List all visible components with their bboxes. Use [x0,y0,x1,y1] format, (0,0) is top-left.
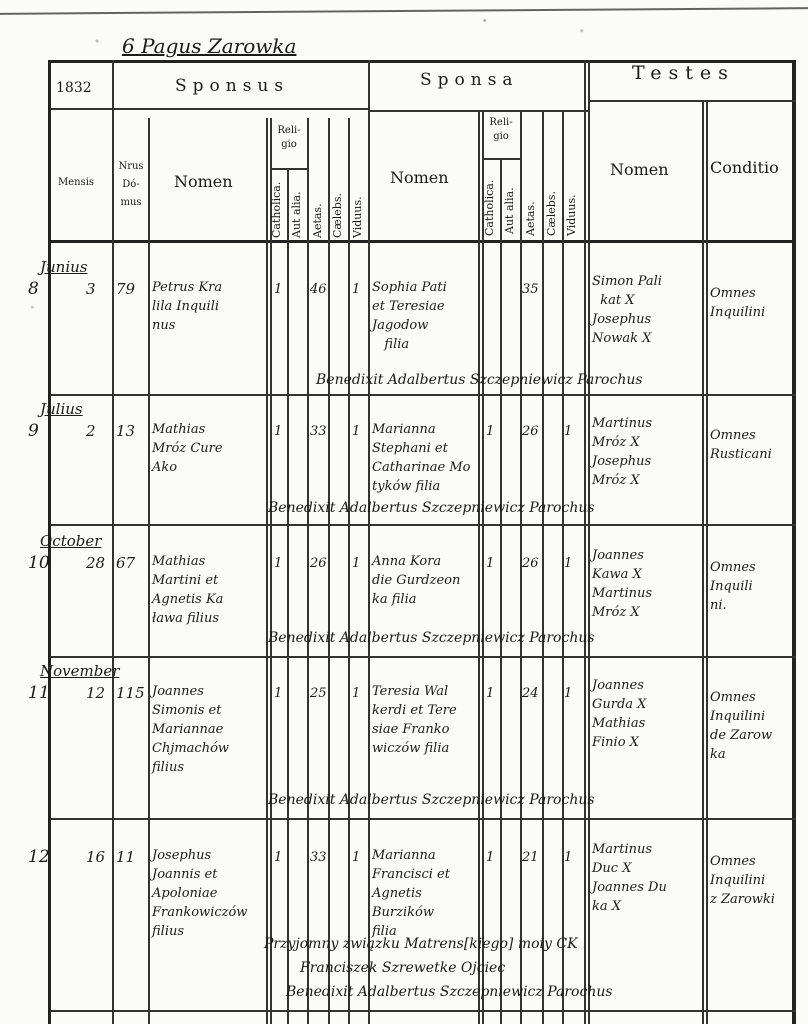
groom-name: Mathias Martini et Agnetis Ka ława filiu… [152,552,223,628]
entry-note-line-2: Franciszek Szrewetke Ojciec [300,960,505,976]
row-rule [50,524,796,526]
sponsus-viduus-label: Viduus. [351,184,364,238]
groom-status: 1 [352,554,360,573]
mensis-label: Mensis [58,177,94,188]
religio-rule [270,168,308,170]
nrus-domus-label: Nrus Dó- mus [116,158,146,212]
entry-month: October [40,532,101,551]
entry-day: 2 [86,422,96,441]
entry-month: Junius [40,258,88,277]
groom-catholic: 1 [274,848,282,867]
sponsa-aetas-label: Aetas. [524,188,537,236]
col-line [542,110,544,1024]
col-line [266,118,268,1024]
groom-age: 46 [310,280,327,299]
entry-number: 12 [28,848,50,867]
entry-number: 9 [28,422,39,441]
entry-house-number: 67 [116,554,135,573]
entry-day: 28 [86,554,105,573]
header-bottom-rule [50,240,796,243]
col-line [500,158,502,1024]
groom-catholic: 1 [274,280,282,299]
groom-name: Petrus Kra lila Inquili nus [152,278,222,335]
entry-note-line-1: Przyjomny związku Matrens[kiego] moiy CK [264,936,578,952]
bride-catholic: 1 [486,848,494,867]
witnesses-names: Joannes Gurda X Mathias Finio X [592,676,646,752]
sponsa-catholica-label: Catholica. [483,164,496,236]
entry-month: November [40,662,119,681]
benediction: Benedixit Adalbertus Szczepniewicz Paroc… [268,630,595,646]
groom-name: Mathias Mróz Cure Ako [152,420,223,477]
bride-age: 26 [522,422,539,441]
entry-house-number: 13 [116,422,135,441]
bride-catholic: 1 [486,422,494,441]
col-line [478,110,480,1024]
row-rule [50,656,796,658]
sponsus-aut-alia-label: Aut alia. [290,176,303,238]
witnesses-condition: Omnes Rusticani [710,426,772,464]
groom-status: 1 [352,848,360,867]
bride-name: Anna Kora die Gurdzeon ka filia [372,552,460,609]
testes-nomen-label: Nomen [610,160,669,179]
bride-name: Marianna Stephani et Catharinae Mo tyków… [372,420,471,496]
col-line [482,110,484,1024]
groom-status: 1 [352,280,360,299]
witnesses-condition: Omnes Inquilini z Zarowki [710,852,775,909]
groom-status: 1 [352,422,360,441]
col-line [112,60,114,1024]
sponsa-heading: Sponsa [420,70,519,90]
col-line [270,118,272,1024]
header-rule [50,108,370,110]
col-line [307,118,309,1024]
bride-status: 1 [564,848,572,867]
entry-house-number: 79 [116,280,135,299]
bride-catholic: 1 [486,684,494,703]
bride-status: 1 [564,554,572,573]
entry-house-number: 115 [116,684,145,703]
groom-name: Josephus Joannis et Apoloniae Frankowicz… [152,846,247,941]
sponsa-viduus-label: Viduus. [565,182,578,236]
col-line [328,118,330,1024]
col-line [348,118,350,1024]
groom-age: 33 [310,848,327,867]
sponsus-aetas-label: Aetas. [311,190,324,238]
bride-catholic: 1 [486,554,494,573]
sponsus-heading: Sponsus [175,76,289,96]
sponsa-religio-label: Reli- gio [484,116,518,144]
col-line [368,60,370,1024]
groom-name: Joannes Simonis et Mariannae Chjmachów f… [152,682,229,777]
header-rule [590,100,796,102]
bride-age: 21 [522,848,539,867]
groom-age: 25 [310,684,327,703]
witnesses-names: Martinus Duc X Joannes Du ka X [592,840,667,916]
groom-age: 26 [310,554,327,573]
bride-name: Sophia Pati et Teresiae Jagodow filia [372,278,447,354]
bride-age: 24 [522,684,539,703]
entry-number: 11 [28,684,50,703]
benediction: Benedixit Adalbertus Szczepniewicz Paroc… [268,792,595,808]
witnesses-names: Martinus Mróz X Josephus Mróz X [592,414,652,490]
page-top-edge [0,7,808,15]
witnesses-names: Simon Pali kat X Josephus Nowak X [592,272,662,348]
entry-number: 8 [28,280,39,299]
col-line [702,100,704,1024]
sponsus-nomen-label: Nomen [174,172,233,191]
groom-catholic: 1 [274,684,282,703]
row-rule [50,1010,796,1012]
row-rule [50,818,796,820]
col-line [287,168,289,1024]
col-line [148,118,150,1024]
witnesses-condition: Omnes Inquilini [710,284,765,322]
groom-age: 33 [310,422,327,441]
benediction: Benedixit Adalbertus Szczepniewicz Paroc… [286,984,613,1000]
witnesses-names: Joannes Kawa X Martinus Mróz X [592,546,652,622]
witnesses-condition: Omnes Inquilini de Zarow ka [710,688,772,764]
entry-day: 12 [86,684,105,703]
header-rule [370,110,590,112]
parish-title: 6 Pagus Zarowka [122,34,296,58]
conditio-label: Conditio [710,158,779,177]
sponsus-catholica-label: Catholica. [270,172,283,238]
row-rule [50,394,796,396]
benediction: Benedixit Adalbertus Szczepniewicz Paroc… [268,500,595,516]
bride-status: 1 [564,422,572,441]
entry-number: 10 [28,554,50,573]
sponsa-caelebs-label: Cælebs. [545,182,558,236]
bride-age: 35 [522,280,539,299]
entry-house-number: 11 [116,848,135,867]
col-line [588,60,590,1024]
groom-catholic: 1 [274,554,282,573]
col-line [584,60,586,1024]
entry-day: 3 [86,280,96,299]
entry-day: 16 [86,848,105,867]
bride-name: Marianna Francisci et Agnetis Burzików f… [372,846,450,941]
sponsus-religio-label: Reli- gio [272,124,306,152]
sponsus-caelebs-label: Cælebs. [331,184,344,238]
bride-status: 1 [564,684,572,703]
bride-age: 26 [522,554,539,573]
bride-name: Teresia Wal kerdi et Tere siae Franko wi… [372,682,457,758]
witnesses-condition: Omnes Inquili ni. [710,558,756,615]
entry-month: Julius [40,400,83,419]
col-line [706,100,708,1024]
testes-heading: Testes [632,62,735,84]
sponsa-aut-alia-label: Aut alia. [503,168,516,234]
groom-catholic: 1 [274,422,282,441]
sponsa-nomen-label: Nomen [390,168,449,187]
benediction: Benedixit Adalbertus Szczepniewicz Paroc… [316,372,643,388]
groom-status: 1 [352,684,360,703]
year-label: 1832 [56,80,92,96]
